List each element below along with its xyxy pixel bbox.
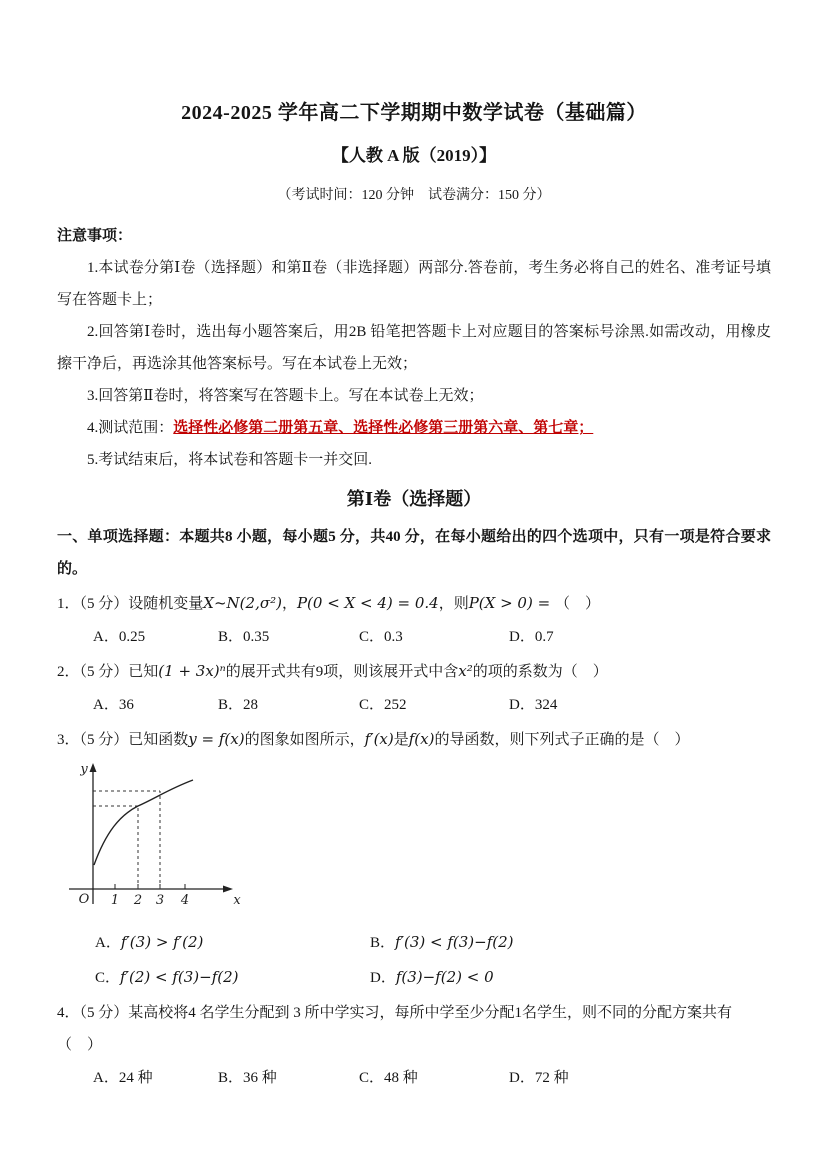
note-item-4-prefix: 4.测试范围： [87, 420, 173, 436]
question-1-number: 1． [57, 596, 80, 612]
question-4-stem-line2: （ ） [57, 1029, 771, 1061]
math-text: f(3)−f(2) < 0 [396, 968, 494, 986]
y-axis-label: y [79, 762, 88, 777]
question-1: 1．（5 分）设随机变量X~N(2,σ²)，P(0 < X < 4) = 0.4… [57, 587, 771, 620]
math-text: f(x) [409, 730, 435, 748]
note-item-1: 1.本试卷分第Ⅰ卷（选择题）和第Ⅱ卷（非选择题）两部分.答卷前，考生务必将自己的… [57, 252, 771, 316]
exam-info-line: （考试时间：120 分钟 试卷满分：150 分） [57, 184, 771, 204]
option-2b: B．28 [218, 689, 359, 721]
math-text: f′(3) < f(3)−f(2) [395, 933, 513, 951]
option-3b: B．f′(3) < f(3)−f(2) [370, 925, 771, 960]
question-3-function-graph: y x O 1 2 3 4 [57, 758, 257, 921]
math-text: f′(x) [365, 730, 394, 748]
math-text: f′(2) < f(3)−f(2) [120, 968, 238, 986]
cn-text: 的图象如图所示， [245, 732, 365, 748]
option-3a: A．f′(3) > f′(2) [95, 925, 370, 960]
question-2-score: （5 分） [80, 664, 129, 680]
question-3: 3．（5 分）已知函数y = f(x)的图象如图所示，f′(x)是f(x)的导函… [57, 723, 771, 756]
math-text: f′(3) > f′(2) [121, 933, 204, 951]
question-4: 4．（5 分）某高校将4 名学生分配到 3 所中学实习，每所中学至少分配1名学生… [57, 997, 771, 1029]
option-4a: A．24 种 [93, 1062, 218, 1094]
note-item-3: 3.回答第Ⅱ卷时，将答案写在答题卡上。写在本试卷上无效； [57, 380, 771, 412]
question-3-number: 3． [57, 732, 80, 748]
question-4-number: 4． [57, 1005, 80, 1021]
cn-text: A． [95, 935, 121, 951]
question-1-stem: 设随机变量X~N(2,σ²)，P(0 < X < 4) = 0.4，则P(X >… [128, 596, 600, 612]
option-2c: C．252 [359, 689, 509, 721]
question-2-stem: 已知(1 + 3x)ⁿ的展开式共有9项，则该展开式中含x²的项的系数为（ ） [128, 664, 607, 680]
note-item-5: 5.考试结束后，将本试卷和答题卡一并交回. [57, 444, 771, 476]
cn-text: 某高校将4 名学生分配到 3 所中学实习，每所中学至少分配1名学生，则不同的分配… [128, 1005, 732, 1021]
tick-label-4: 4 [180, 893, 189, 908]
tick-label-1: 1 [111, 893, 119, 908]
question-4-options: A．24 种 B．36 种 C．48 种 D．72 种 [57, 1062, 771, 1094]
tick-label-3: 3 [156, 893, 164, 908]
note-item-2: 2.回答第Ⅰ卷时，选出每小题答案后，用2B 铅笔把答题卡上对应题目的答案标号涂黑… [57, 316, 771, 380]
question-3-options: A．f′(3) > f′(2) B．f′(3) < f(3)−f(2) C．f′… [57, 925, 771, 995]
cn-text: （ ） [555, 596, 600, 612]
cn-text: 设随机变量 [128, 596, 203, 612]
cn-text: 已知函数 [128, 732, 188, 748]
page-title: 2024-2025 学年高二下学期期中数学试卷（基础篇） [57, 96, 771, 125]
edition-line: 【人教 A 版（2019）】 [57, 141, 771, 166]
function-curve [94, 780, 193, 865]
cn-text: C． [95, 970, 120, 986]
math-text: x² [458, 662, 472, 680]
cn-text: ，则 [439, 596, 469, 612]
option-2d: D．324 [509, 689, 771, 721]
math-text: y = f(x) [188, 730, 244, 748]
question-2-options: A．36 B．28 C．252 D．324 [57, 689, 771, 721]
question-3-score: （5 分） [80, 732, 129, 748]
cn-text: 是 [394, 732, 409, 748]
section1-title: 一、单项选择题：本题共8 小题，每小题5 分，共40 分，在每小题给出的四个选项… [57, 521, 771, 585]
cn-text: 的导函数，则下列式子正确的是（ ） [434, 732, 689, 748]
option-1c: C．0.3 [359, 621, 509, 653]
page-content: 2024-2025 学年高二下学期期中数学试卷（基础篇） 【人教 A 版（201… [0, 0, 827, 1094]
option-1a: A．0.25 [93, 621, 218, 653]
option-4c: C．48 种 [359, 1062, 509, 1094]
cn-text: ， [282, 596, 297, 612]
question-1-score: （5 分） [80, 596, 129, 612]
note-item-4: 4.测试范围：选择性必修第二册第五章、选择性必修第三册第六章、第七章； [57, 412, 771, 444]
math-text: P(0 < X < 4) = 0.4 [297, 594, 439, 612]
origin-label: O [79, 892, 90, 907]
option-3d: D．f(3)−f(2) < 0 [370, 960, 771, 995]
x-axis-arrow [223, 886, 233, 893]
note-item-4-scope: 选择性必修第二册第五章、选择性必修第三册第六章、第七章； [173, 420, 593, 436]
cn-text: 的项的系数为（ ） [473, 664, 608, 680]
y-axis-arrow [90, 763, 97, 772]
question-2: 2．（5 分）已知(1 + 3x)ⁿ的展开式共有9项，则该展开式中含x²的项的系… [57, 655, 771, 688]
cn-text: 已知 [128, 664, 158, 680]
x-axis-label: x [233, 893, 241, 908]
tick-label-2: 2 [133, 893, 142, 908]
option-3c: C．f′(2) < f(3)−f(2) [95, 960, 370, 995]
cn-text: 的展开式共有9项，则该展开式中含 [226, 664, 459, 680]
cn-text: B． [370, 935, 395, 951]
option-1d: D．0.7 [509, 621, 771, 653]
question-2-number: 2． [57, 664, 80, 680]
notes-label: 注意事项： [57, 220, 771, 252]
question-4-score: （5 分） [80, 1005, 129, 1021]
question-4-stem: 某高校将4 名学生分配到 3 所中学实习，每所中学至少分配1名学生，则不同的分配… [128, 1005, 732, 1021]
option-2a: A．36 [93, 689, 218, 721]
function-graph-svg: y x O 1 2 3 4 [57, 758, 249, 916]
option-1b: B．0.35 [218, 621, 359, 653]
math-text: X~N(2,σ²) [203, 594, 282, 612]
math-text: (1 + 3x)ⁿ [158, 662, 225, 680]
cn-text: D． [370, 970, 396, 986]
option-4d: D．72 种 [509, 1062, 771, 1094]
exam-paper-page: 2024-2025 学年高二下学期期中数学试卷（基础篇） 【人教 A 版（201… [0, 0, 827, 1169]
question-3-stem: 已知函数y = f(x)的图象如图所示，f′(x)是f(x)的导函数，则下列式子… [128, 732, 689, 748]
option-4b: B．36 种 [218, 1062, 359, 1094]
part1-heading: 第Ⅰ卷（选择题） [57, 485, 771, 511]
question-1-options: A．0.25 B．0.35 C．0.3 D．0.7 [57, 621, 771, 653]
math-text: P(X > 0) = [469, 594, 555, 612]
